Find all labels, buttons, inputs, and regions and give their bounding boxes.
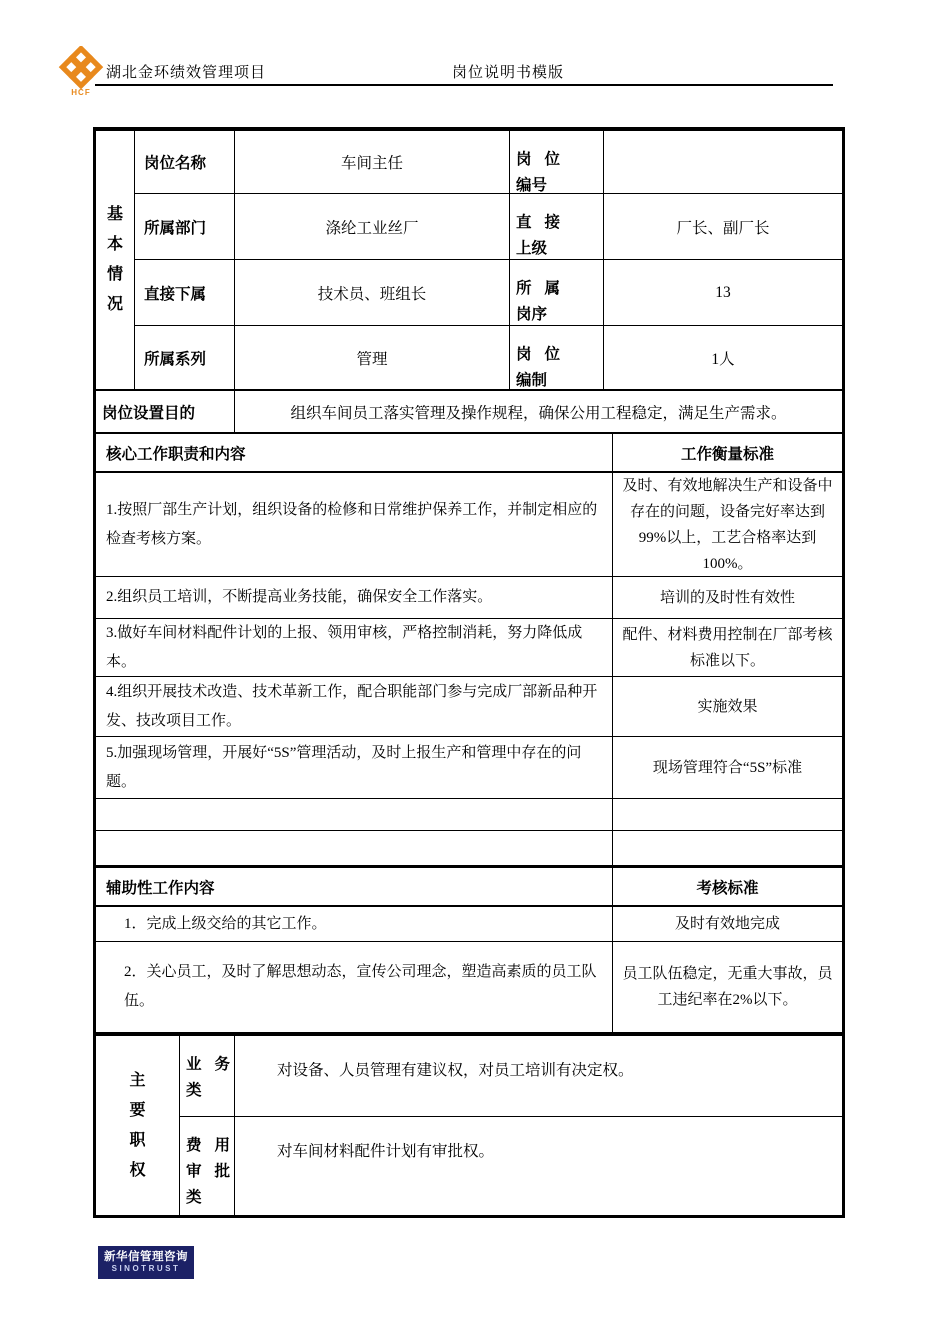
aux-duties-section: 1．完成上级交给的其它工作。 及时有效地完成 2．关心员工，及时了解思想动态，宣… — [96, 905, 842, 1032]
standard-text-empty — [613, 831, 842, 865]
duty-text: 3.做好车间材料配件计划的上报、领用审核，严格控制消耗，努力降低成本。 — [96, 619, 613, 677]
authority-section: 主要职权 业务类 对设备、人员管理有建议权，对员工培训有决定权。 费用审批类 对… — [96, 1032, 842, 1215]
aux-standard-text: 及时有效地完成 — [613, 907, 842, 942]
field-label-series: 所属系列 — [135, 326, 235, 389]
field-label-position-name: 岗位名称 — [135, 131, 235, 194]
authority-category-expense: 费用审批类 — [180, 1117, 235, 1215]
sinotrust-logo-english: SINOTRUST — [112, 1264, 181, 1274]
document-title: 岗位说明书模版 — [452, 61, 564, 82]
basic-info-section-label-cell: 基本情况 — [96, 131, 135, 389]
core-duties-header: 核心工作职责和内容 工作衡量标准 — [96, 432, 842, 471]
duty-text: 2.组织员工培训，不断提高业务技能，确保安全工作落实。 — [96, 577, 613, 619]
duty-text: 5.加强现场管理，开展好“5S”管理活动，及时上报生产和管理中存在的问题。 — [96, 737, 613, 799]
purpose-row: 岗位设置目的 组织车间员工落实管理及操作规程，确保公用工程稳定，满足生产需求。 — [96, 389, 842, 432]
project-title: 湖北金环绩效管理项目 — [106, 61, 266, 82]
standard-text: 培训的及时性有效性 — [613, 577, 842, 619]
field-value-position-code — [604, 131, 842, 194]
authority-category-business: 业务类 — [180, 1036, 235, 1117]
sinotrust-logo-chinese: 新华信管理咨询 — [104, 1251, 188, 1264]
duty-text: 4.组织开展技术改造、技术革新工作，配合职能部门参与完成厂部新品种开发、技改项目… — [96, 677, 613, 737]
field-label-direct-subordinates: 直接下属 — [135, 260, 235, 326]
standard-text-empty — [613, 799, 842, 831]
duty-text-empty — [96, 831, 613, 865]
aux-duties-header: 辅助性工作内容 考核标准 — [96, 865, 842, 905]
field-value-position-rank: 13 — [604, 260, 842, 326]
standard-text: 配件、材料费用控制在厂部考核标准以下。 — [613, 619, 842, 677]
aux-duty-text: 2．关心员工，及时了解思想动态，宣传公司理念，塑造高素质的员工队伍。 — [96, 942, 613, 1032]
basic-info-section-label: 基本情况 — [106, 200, 125, 320]
field-label-direct-superior: 直接上级 — [510, 194, 604, 260]
core-duties-header-right: 工作衡量标准 — [613, 434, 842, 471]
aux-duty-text: 1．完成上级交给的其它工作。 — [96, 907, 613, 942]
standard-text: 现场管理符合“5S”标准 — [613, 737, 842, 799]
job-description-page: HCF 湖北金环绩效管理项目 岗位说明书模版 基本情况 岗位名称 车间主任 岗位… — [0, 0, 950, 1344]
aux-duties-header-left: 辅助性工作内容 — [96, 868, 613, 905]
field-value-position-name: 车间主任 — [235, 131, 510, 194]
field-label-headcount: 岗位编制 — [510, 326, 604, 389]
standard-text: 实施效果 — [613, 677, 842, 737]
aux-duties-header-right: 考核标准 — [613, 868, 842, 905]
basic-info-section: 基本情况 岗位名称 车间主任 岗位编号 所属部门 涤纶工业丝厂 直接上级 厂长、… — [96, 131, 842, 389]
core-duties-header-left: 核心工作职责和内容 — [96, 434, 613, 471]
duty-text-empty — [96, 799, 613, 831]
authority-detail-business: 对设备、人员管理有建议权，对员工培训有决定权。 — [235, 1036, 842, 1117]
core-duties-section: 1.按照厂部生产计划，组织设备的检修和日常维护保养工作，并制定相应的检查考核方案… — [96, 471, 842, 865]
sinotrust-logo: 新华信管理咨询 SINOTRUST — [98, 1246, 194, 1279]
field-value-direct-superior: 厂长、副厂长 — [604, 194, 842, 260]
field-value-series: 管理 — [235, 326, 510, 389]
logo-abbreviation: HCF — [71, 88, 90, 97]
field-value-department: 涤纶工业丝厂 — [235, 194, 510, 260]
authority-detail-expense: 对车间材料配件计划有审批权。 — [235, 1117, 842, 1215]
field-label-position-rank: 所属岗序 — [510, 260, 604, 326]
job-description-table: 基本情况 岗位名称 车间主任 岗位编号 所属部门 涤纶工业丝厂 直接上级 厂长、… — [93, 127, 845, 1218]
field-value-direct-subordinates: 技术员、班组长 — [235, 260, 510, 326]
authority-section-label: 主要职权 — [128, 1066, 147, 1186]
header-rule — [95, 84, 833, 86]
field-value-headcount: 1人 — [604, 326, 842, 389]
duty-text: 1.按照厂部生产计划，组织设备的检修和日常维护保养工作，并制定相应的检查考核方案… — [96, 473, 613, 577]
company-logo: HCF — [54, 46, 108, 104]
purpose-value: 组织车间员工落实管理及操作规程，确保公用工程稳定，满足生产需求。 — [235, 391, 842, 432]
standard-text: 及时、有效地解决生产和设备中存在的问题，设备完好率达到99%以上，工艺合格率达到… — [613, 473, 842, 577]
aux-standard-text: 员工队伍稳定，无重大事故，员工违纪率在2%以下。 — [613, 942, 842, 1032]
purpose-label: 岗位设置目的 — [96, 391, 235, 432]
authority-section-label-cell: 主要职权 — [96, 1036, 180, 1215]
field-label-position-code: 岗位编号 — [510, 131, 604, 194]
field-label-department: 所属部门 — [135, 194, 235, 260]
